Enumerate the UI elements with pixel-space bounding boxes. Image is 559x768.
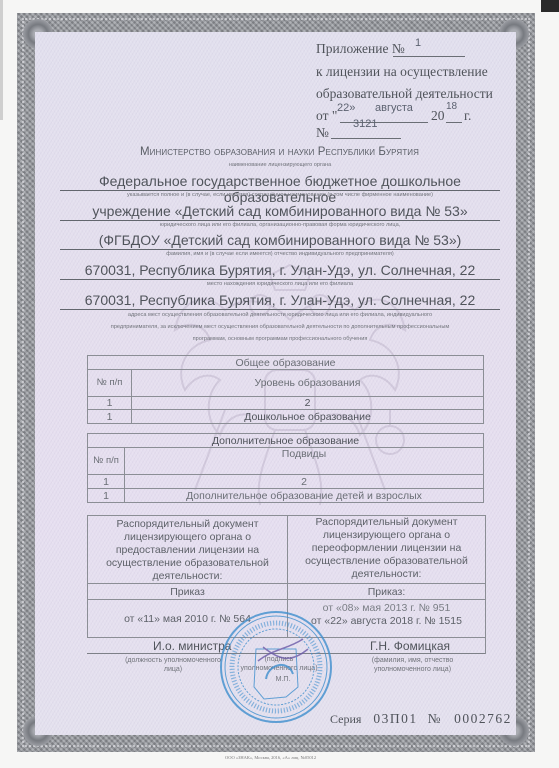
license-line1: к лицензии на осуществление	[316, 64, 488, 80]
reissue-document-type: Приказ:	[288, 584, 486, 600]
table-row: 1 Дополнительное образование детей и взр…	[88, 489, 484, 503]
printer-imprint: ООО «ЗНАК», Москва, 2016, «А» лиц. №0501…	[225, 755, 316, 760]
row-subtype: Дополнительное образование детей и взрос…	[125, 489, 484, 503]
official-stamp-icon	[218, 609, 334, 725]
ministry-name: Министерство образования и науки Республ…	[0, 146, 559, 158]
number-value: 3121	[353, 118, 377, 130]
position-caption: (должность уполномоченного лица)	[118, 656, 228, 674]
org-caption3: фамилия, имя и (в случае если имеется) о…	[60, 251, 500, 257]
row-number: 1	[88, 489, 125, 503]
number-line	[331, 138, 401, 139]
index-cell: 2	[125, 475, 484, 489]
series-label: Серия	[330, 712, 361, 726]
general-education-title: Общее образование	[88, 356, 484, 370]
name-caption: (фамилия, имя, отчество уполномоченного …	[350, 656, 475, 674]
reissue-document-heading: Распорядительный документ лицензирующего…	[288, 516, 486, 584]
org-short-name: (ФГБДОУ «Детский сад комбинированного ви…	[60, 232, 500, 248]
scan-edge	[541, 0, 559, 12]
date-prefix-text: от	[316, 108, 328, 123]
general-education-table: Общее образование № п/п Уровень образова…	[87, 355, 484, 424]
rule	[60, 279, 500, 280]
activity-address: 670031, Республика Бурятия, г. Улан-Удэ,…	[60, 292, 500, 308]
date-prefix: от "	[316, 108, 337, 124]
appendix-number-line	[393, 56, 465, 57]
serial-number: Серия 03П01 № 0002762	[330, 710, 512, 728]
appendix-label: Приложение №	[316, 41, 405, 57]
row-number: 1	[88, 410, 132, 424]
index-cell: 2	[132, 397, 484, 410]
series-value: 03П01	[373, 711, 417, 726]
grant-document-heading: Распорядительный документ лицензирующего…	[88, 516, 288, 584]
date-year-line	[446, 122, 462, 123]
rule	[60, 190, 500, 191]
date-month: августа	[375, 102, 413, 114]
ministry-caption: наименование лицензирующего органа	[60, 162, 500, 168]
grant-document-type: Приказ	[88, 584, 288, 600]
org-full-name-line1: Федеральное государственное бюджетное до…	[60, 173, 500, 205]
date-suffix: г.	[464, 108, 471, 124]
table-edge	[485, 618, 486, 654]
org-full-name-line2: учреждение «Детский сад комбинированного…	[60, 203, 500, 219]
appendix-number: 1	[415, 37, 421, 49]
date-day: 22»	[337, 102, 355, 114]
blank-number: 0002762	[454, 711, 512, 726]
date-year-prefix: 20	[431, 108, 445, 124]
table-row: 1 Дошкольное образование	[88, 410, 484, 424]
rule	[60, 249, 500, 250]
additional-education-title: Дополнительное образование	[88, 434, 484, 448]
col-level-header: Уровень образования	[132, 370, 484, 397]
date-year-suffix: 18	[446, 101, 457, 112]
license-line2: образовательной деятельности	[316, 86, 493, 102]
org-caption5-line3: программам, основным программам професси…	[60, 336, 500, 342]
number-label: №	[316, 125, 329, 141]
org-caption4: место нахождения юридического лица или е…	[60, 281, 500, 287]
org-caption2: юридического лица или его филиала, орган…	[60, 222, 500, 228]
col-number-header: № п/п	[88, 370, 132, 397]
index-cell: 1	[88, 475, 125, 489]
rule	[60, 309, 500, 310]
additional-education-table: Дополнительное образование № п/п Подвиды…	[87, 433, 484, 503]
org-caption1: указывается полное и (в случае, если име…	[60, 192, 500, 198]
rule	[60, 220, 500, 221]
scan-edge-left	[0, 0, 3, 120]
org-caption5-line2: предпринимателя, за исключением мест осу…	[60, 324, 500, 330]
org-caption5-line1: адреса мест осуществления образовательно…	[60, 312, 500, 318]
number-label: №	[428, 711, 442, 726]
index-cell: 1	[88, 397, 132, 410]
document-page: Приложение № 1 к лицензии на осуществлен…	[0, 0, 559, 768]
col-number-header: № п/п	[88, 448, 125, 475]
org-address: 670031, Республика Бурятия, г. Улан-Удэ,…	[60, 262, 500, 278]
row-level: Дошкольное образование	[132, 410, 484, 424]
col-subtype-header: Подвиды	[125, 448, 484, 475]
date-day-text: 22	[337, 102, 349, 114]
signatory-name: Г.Н. Фомицкая	[370, 639, 450, 653]
